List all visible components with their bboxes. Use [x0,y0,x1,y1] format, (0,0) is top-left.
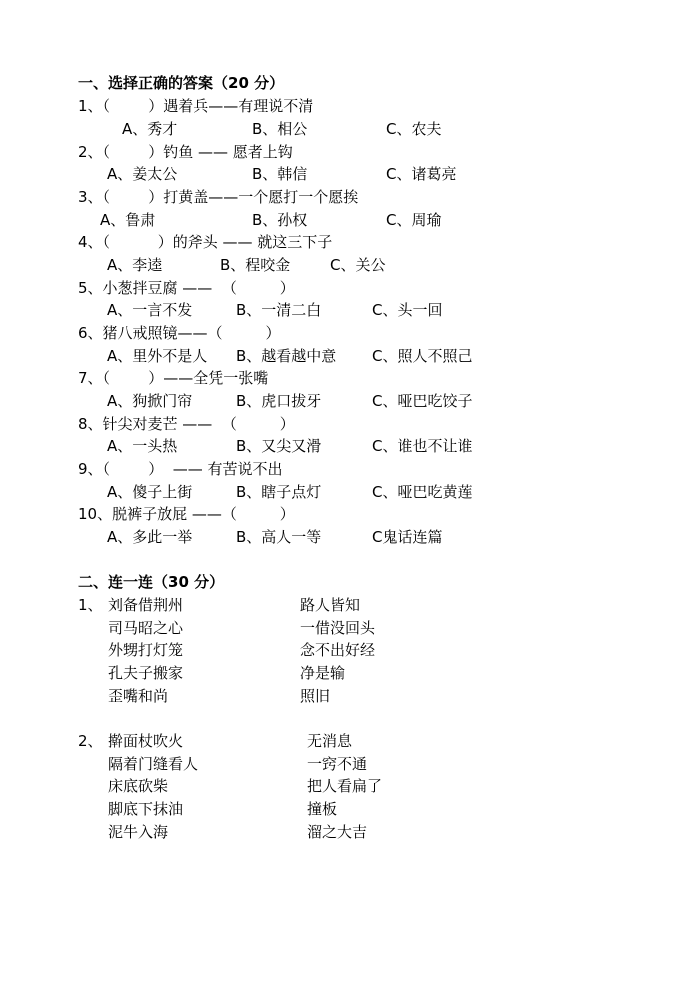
group-number: 1、 [78,595,103,615]
option-a: A、傻子上街 [107,482,192,502]
question-stem: 5、小葱拌豆腐 —— （ ） [78,278,295,298]
question-stem: 1、（ ）遇着兵——有理说不清 [78,96,313,116]
option-b: B、越看越中意 [236,346,336,366]
option-a: A、一头热 [107,436,177,456]
left-item: 外甥打灯笼 [108,640,183,660]
question-stem: 10、脱裤子放屁 ——（ ） [78,504,295,524]
right-item: 溜之大吉 [307,822,367,842]
group-number: 2、 [78,731,103,751]
option-c: C、诸葛亮 [386,164,456,184]
option-c: C、关公 [330,255,385,275]
question-stem: 2、（ ）钓鱼 —— 愿者上钩 [78,142,293,162]
left-item: 孔夫子搬家 [108,663,183,683]
left-item: 刘备借荆州 [108,595,183,615]
option-a: A、里外不是人 [107,346,207,366]
option-c: C、周瑜 [386,210,441,230]
right-item: 撞板 [307,799,337,819]
option-b: B、孙权 [252,210,307,230]
question-stem: 8、针尖对麦芒 —— （ ） [78,414,295,434]
right-item: 无消息 [307,731,352,751]
option-a: A、姜太公 [107,164,177,184]
right-item: 把人看扁了 [307,776,382,796]
question-stem: 4、（ ）的斧头 —— 就这三下子 [78,232,332,252]
option-a: A、鲁肃 [100,210,155,230]
right-item: 念不出好经 [300,640,375,660]
question-stem: 6、猪八戒照镜——（ ） [78,323,280,343]
right-item: 路人皆知 [300,595,360,615]
option-a: A、狗掀门帘 [107,391,192,411]
option-b: B、一清二白 [236,300,321,320]
left-item: 擀面杖吹火 [108,731,183,751]
option-b: B、程咬金 [220,255,290,275]
option-b: B、瞎子点灯 [236,482,321,502]
option-b: B、高人一等 [236,527,321,547]
left-item: 隔着门缝看人 [108,754,198,774]
option-b: B、又尖又滑 [236,436,321,456]
left-item: 泥牛入海 [108,822,168,842]
option-a: A、一言不发 [107,300,192,320]
option-b: B、相公 [252,119,307,139]
right-item: 一窍不通 [307,754,367,774]
section2-title: 二、连一连（30 分） [78,572,224,592]
option-a: A、李逵 [107,255,162,275]
option-c: C、照人不照己 [372,346,472,366]
right-item: 净是输 [300,663,345,683]
question-stem: 3、（ ）打黄盖——一个愿打一个愿挨 [78,187,358,207]
option-b: B、虎口拔牙 [236,391,321,411]
option-c: C、哑巴吃饺子 [372,391,472,411]
option-c: C鬼话连篇 [372,527,442,547]
section1-title: 一、选择正确的答案（20 分） [78,73,284,93]
option-c: C、头一回 [372,300,442,320]
option-c: C、农夫 [386,119,441,139]
left-item: 脚底下抹油 [108,799,183,819]
option-c: C、哑巴吃黄莲 [372,482,472,502]
option-a: A、多此一举 [107,527,192,547]
right-item: 一借没回头 [300,618,375,638]
left-item: 床底砍柴 [108,776,168,796]
option-c: C、谁也不让谁 [372,436,472,456]
question-stem: 9、（ ） —— 有苦说不出 [78,459,283,479]
right-item: 照旧 [300,686,330,706]
option-b: B、韩信 [252,164,307,184]
option-a: A、秀才 [122,119,177,139]
left-item: 歪嘴和尚 [108,686,168,706]
question-stem: 7、（ ）——全凭一张嘴 [78,368,268,388]
left-item: 司马昭之心 [108,618,183,638]
